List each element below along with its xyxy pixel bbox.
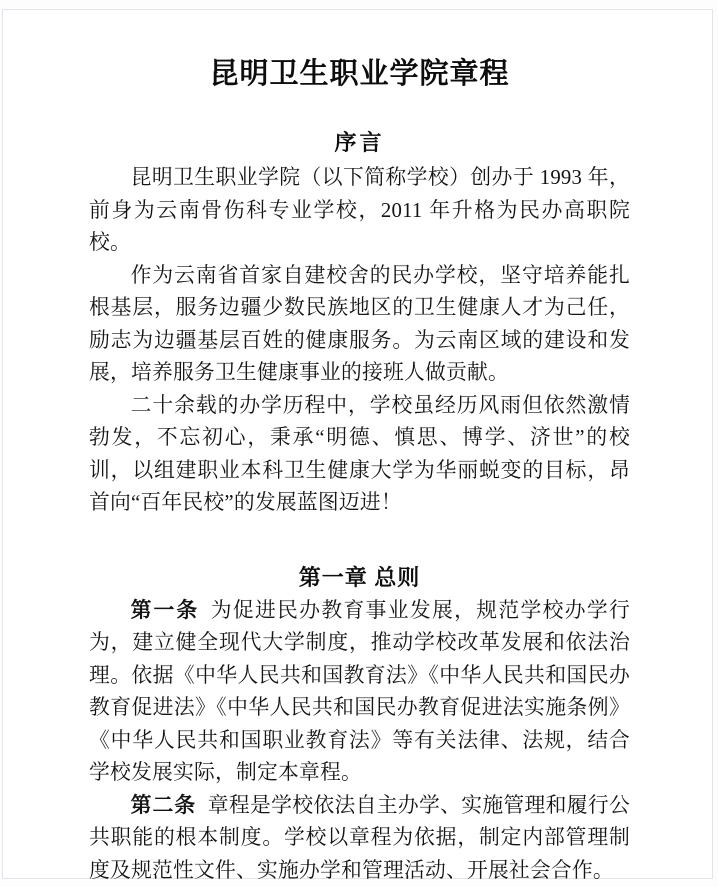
preface-paragraph-3: 二十余载的办学历程中，学校虽经历风雨但依然激情勃发，不忘初心，秉承“明德、慎思、…: [89, 390, 630, 520]
preface-paragraph-2: 作为云南省首家自建校舍的民办学校，坚守培养能扎根基层，服务边疆少数民族地区的卫生…: [89, 260, 630, 390]
document-content: 昆明卫生职业学院章程 序言 昆明卫生职业学院（以下简称学校）创办于 1993 年…: [89, 56, 630, 882]
preface-paragraph-1: 昆明卫生职业学院（以下简称学校）创办于 1993 年，前身为云南骨伤科专业学校，…: [89, 162, 630, 260]
preface-heading: 序言: [89, 128, 630, 157]
chapter-articles: 第一条为促进民办教育事业发展，规范学校办学行为，建立健全现代大学制度，推动学校改…: [89, 595, 630, 883]
preface-paragraphs: 昆明卫生职业学院（以下简称学校）创办于 1993 年，前身为云南骨伤科专业学校，…: [89, 162, 630, 520]
article-paragraph-1: 第一条为促进民办教育事业发展，规范学校办学行为，建立健全现代大学制度，推动学校改…: [89, 595, 630, 790]
article-1-label: 第一条: [131, 599, 200, 622]
chapter-heading: 第一章 总则: [89, 563, 630, 592]
document-title: 昆明卫生职业学院章程: [89, 56, 630, 93]
document-page: 昆明卫生职业学院章程 序言 昆明卫生职业学院（以下简称学校）创办于 1993 年…: [2, 9, 713, 879]
article-2-label: 第二条: [131, 794, 197, 817]
article-1-text: 为促进民办教育事业发展，规范学校办学行为，建立健全现代大学制度，推动学校改革发展…: [89, 599, 630, 785]
article-paragraph-2: 第二条章程是学校依法自主办学、实施管理和履行公共职能的根本制度。学校以章程为依据…: [89, 790, 630, 883]
